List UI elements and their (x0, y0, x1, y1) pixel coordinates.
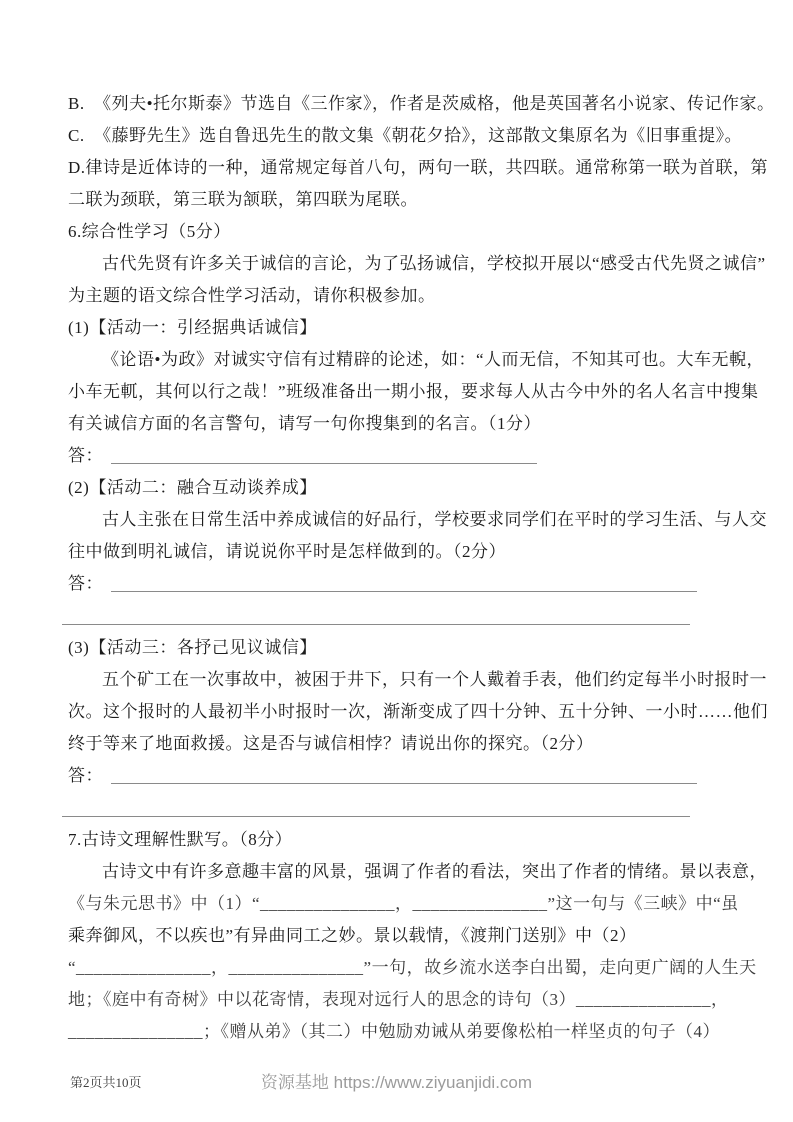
activity-1-line-3: 有关诚信方面的名言警句，请写一句你搜集到的名言。（1分） (68, 408, 730, 440)
activity-1-line-1: 《论语•为政》对诚实守信有过精辟的论述，如：“人而无信，不知其可也。大车无輗， (68, 344, 730, 376)
answer-line-3: 答： (68, 760, 730, 792)
page-number-indicator: 第2页共10页 (70, 1072, 142, 1091)
activity-1-heading: (1)【活动一：引经据典话诚信】 (68, 312, 730, 344)
option-c: C. 《藤野先生》选自鲁迅先生的散文集《朝花夕拾》，这部散文集原名为《旧事重提》… (68, 120, 730, 152)
activity-2-line-2: 往中做到明礼诚信，请说说你平时是怎样做到的。（2分） (68, 536, 730, 568)
blank-rule-line (62, 816, 690, 817)
exam-document-page: B. 《列夫•托尔斯泰》节选自《三作家》，作者是茨威格，他是英国著名小说家、传记… (0, 0, 793, 1122)
question-6-heading: 6.综合性学习（5分） (68, 216, 730, 248)
q7-line-6: _______________；《赠从弟》（其二）中勉励劝诫从弟要像松柏一样坚贞… (68, 1016, 730, 1048)
activity-3-line-1: 五个矿工在一次事故中，被困于井下，只有一个人戴着手表，他们约定每半小时报时一 (68, 664, 730, 696)
activity-3-line-2: 次。这个报时的人最初半小时报时一次，渐渐变成了四十分钟、五十分钟、一小时……他们 (68, 696, 730, 728)
q6-intro-line-1: 古代先贤有许多关于诚信的言论，为了弘扬诚信，学校拟开展以“感受古代先贤之诚信” (68, 248, 730, 280)
q7-line-1: 古诗文中有许多意趣丰富的风景，强调了作者的看法，突出了作者的情绪。景以表意， (68, 856, 730, 888)
answer-label: 答： (68, 760, 103, 792)
answer-line-1: 答： (68, 440, 730, 472)
answer-label: 答： (68, 568, 103, 600)
page-footer: 第2页共10页 资源基地 https://www.ziyuanjidi.com (0, 1066, 793, 1096)
q7-line-3: 乘奔御风，不以疾也”有异曲同工之妙。景以载情，《渡荆门送别》中（2） (68, 920, 730, 952)
activity-2-heading: (2)【活动二：融合互动谈养成】 (68, 472, 730, 504)
option-d-line-2: 二联为颈联，第三联为颔联，第四联为尾联。 (68, 184, 730, 216)
option-d-line-1: D.律诗是近体诗的一种，通常规定每首八句，两句一联，共四联。通常称第一联为首联，… (68, 152, 730, 184)
answer-blank-line[interactable] (111, 574, 697, 592)
option-b: B. 《列夫•托尔斯泰》节选自《三作家》，作者是茨威格，他是英国著名小说家、传记… (68, 88, 730, 120)
q7-line-5: 地；《庭中有奇树》中以花寄情，表现对远行人的思念的诗句（3）__________… (68, 984, 730, 1016)
q6-intro-line-2: 为主题的语文综合性学习活动，请你积极参加。 (68, 280, 730, 312)
answer-extra-rule-2[interactable] (68, 792, 730, 824)
answer-line-2: 答： (68, 568, 730, 600)
page-content: B. 《列夫•托尔斯泰》节选自《三作家》，作者是茨威格，他是英国著名小说家、传记… (68, 88, 730, 1048)
blank-rule-line (62, 624, 690, 625)
q7-line-4: “_______________，_______________”一句，故乡流水… (68, 952, 730, 984)
question-7-heading: 7.古诗文理解性默写。（8分） (68, 824, 730, 856)
activity-3-line-3: 终于等来了地面救援。这是否与诚信相悖？请说出你的探究。（2分） (68, 728, 730, 760)
activity-2-line-1: 古人主张在日常生活中养成诚信的好品行，学校要求同学们在平时的学习生活、与人交 (68, 504, 730, 536)
answer-label: 答： (68, 440, 103, 472)
answer-extra-rule-1[interactable] (68, 600, 730, 632)
answer-blank-line[interactable] (111, 446, 537, 464)
q7-line-2: 《与朱元思书》中（1）“_______________，____________… (68, 888, 730, 920)
answer-blank-line[interactable] (111, 766, 697, 784)
activity-1-line-2: 小车无軏，其何以行之哉！”班级准备出一期小报，要求每人从古今中外的名人名言中搜集 (68, 376, 730, 408)
activity-3-heading: (3)【活动三：各抒己见议诚信】 (68, 632, 730, 664)
